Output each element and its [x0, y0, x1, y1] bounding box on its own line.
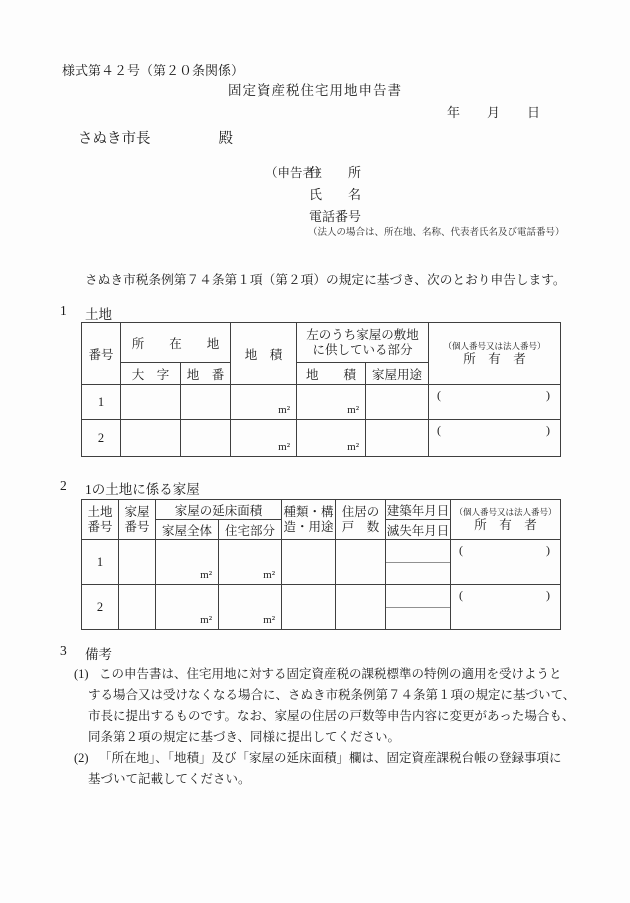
- owner-label: 所 有 者: [451, 518, 560, 533]
- land-row-2-area-cell: m²: [231, 420, 297, 457]
- building-row-1-units-cell: [336, 540, 386, 585]
- sqm-unit: m²: [200, 614, 212, 626]
- date-year-label: 年: [447, 102, 460, 121]
- document-page: 様式第４２号（第２０条関係） 固定資産税住宅用地申告書 年 月 日 さぬき市長殿…: [0, 0, 630, 903]
- land-row-2-owner-cell: ( ): [429, 420, 561, 457]
- section-building-number: 2: [60, 478, 85, 498]
- corporate-note: （法人の場合は、所在地、名称、代表者氏名及び電話番号）: [308, 224, 565, 238]
- remark-1-line-1: (1)この申告書は、住宅用地に対する固定資産税の課税標準の特例の適用を受けようと: [74, 664, 575, 685]
- land-no-line2: 番号: [87, 520, 112, 534]
- section-land-heading: 1土地: [60, 303, 112, 323]
- addressee-line: さぬき市長殿: [78, 127, 233, 148]
- sqm-unit: m²: [347, 441, 359, 453]
- paren-open: (: [437, 388, 441, 403]
- remark-1-line-4: 同条第２項の規定に基づき、同様に提出してください。: [74, 727, 575, 748]
- paren-open: (: [459, 543, 463, 558]
- page-title: 固定資産税住宅用地申告書: [0, 79, 630, 99]
- type-line1: 種類・構: [284, 505, 334, 519]
- remark-1-text: この申告書は、住宅用地に対する固定資産税の課税標準の特例の適用を受けようと: [99, 667, 562, 681]
- land-header-lot: 地 番: [181, 363, 231, 385]
- land-header-area: 地 積: [231, 323, 297, 385]
- sqm-unit: m²: [263, 569, 275, 581]
- land-no-line1: 土地: [87, 505, 112, 519]
- type-line2: 造・用途: [284, 520, 334, 534]
- land-header-owner: （個人番号又は法人番号） 所 有 者: [429, 323, 561, 385]
- building-header-owner: （個人番号又は法人番号） 所 有 者: [451, 500, 561, 540]
- remark-1-line-2: する場合又は受けなくなる場合に、さぬき市税条例第７４条第１項の規定に基づいて、: [74, 685, 575, 706]
- building-header-whole: 家屋全体: [156, 520, 219, 540]
- land-header-oaza: 大 字: [121, 363, 181, 385]
- building-row-2-building-no-cell: [119, 585, 156, 630]
- building-row-2-dates-cell: [386, 585, 451, 630]
- land-table: 番号 所 在 地 地 積 左のうち家屋の敷地 に供している部分 （個人番号又は法…: [81, 322, 561, 457]
- building-row-2-residential-cell: m²: [219, 585, 282, 630]
- owner-number-note: （個人番号又は法人番号）: [429, 341, 560, 352]
- remark-2-marker: (2): [74, 748, 93, 769]
- declaration-sentence: さぬき市税条例第７４条第１項（第２項）の規定に基づき、次のとおり申告します。: [85, 269, 566, 288]
- building-header-residential: 住宅部分: [219, 520, 282, 540]
- land-row-1-lot-cell: [181, 385, 231, 420]
- section-building-heading: 21の土地に係る家屋: [60, 478, 200, 498]
- housing-portion-line1: 左のうち家屋の敷地: [306, 328, 419, 342]
- form-number: 様式第４２号（第２０条関係）: [62, 60, 244, 79]
- section-remarks-label: 備考: [85, 643, 112, 663]
- building-row-1-building-no-cell: [119, 540, 156, 585]
- land-row-2: 2 m² m² ( ): [82, 420, 561, 457]
- building-header-land-no: 土地 番号: [82, 500, 119, 540]
- building-row-2-owner-cell: ( ): [451, 585, 561, 630]
- land-header-portion-area: 地 積: [297, 363, 366, 385]
- building-header-floor-area: 家屋の延床面積: [156, 500, 282, 520]
- date-month-label: 月: [487, 102, 500, 121]
- land-row-1-use-cell: [366, 385, 429, 420]
- building-row-2-whole-cell: m²: [156, 585, 219, 630]
- land-row-2-use-cell: [366, 420, 429, 457]
- land-row-2-number: 2: [82, 420, 121, 457]
- section-remarks-heading: 3備考: [60, 643, 112, 663]
- building-row-1: 1 m² m² ( ): [82, 540, 561, 585]
- building-row-2-number: 2: [82, 585, 119, 630]
- land-row-1-portion-area-cell: m²: [297, 385, 366, 420]
- date-day-label: 日: [527, 102, 540, 121]
- remark-1-line-3: 市長に提出するものです。なお、家屋の住居の戸数等申告内容に変更があった場合も、: [74, 706, 575, 727]
- building-header-demolish-date: 滅失年月日: [386, 520, 451, 540]
- section-building-label: 1の土地に係る家屋: [85, 478, 200, 498]
- remark-2-line-1: (2)「所在地」、「地積」及び「家屋の延床面積」欄は、固定資産課税台帳の登録事項…: [74, 748, 575, 769]
- sqm-unit: m²: [278, 441, 290, 453]
- addressee-name: さぬき市長: [78, 131, 151, 147]
- building-row-1-residential-cell: m²: [219, 540, 282, 585]
- paren-close: ): [546, 543, 550, 558]
- remark-2-line-2: 基づいて記載してください。: [74, 769, 575, 790]
- land-row-1-owner-cell: ( ): [429, 385, 561, 420]
- building-header-units: 住居の 戸 数: [336, 500, 386, 540]
- honorific: 殿: [219, 131, 234, 147]
- section-land-number: 1: [60, 303, 85, 323]
- paren-close: ): [546, 588, 550, 603]
- section-land-label: 土地: [85, 303, 112, 323]
- land-row-1-area-cell: m²: [231, 385, 297, 420]
- building-header-type: 種類・構 造・用途: [282, 500, 336, 540]
- declarant-block: （申告者）住 所 氏 名 電話番号: [265, 162, 361, 228]
- sqm-unit: m²: [263, 614, 275, 626]
- sqm-unit: m²: [278, 404, 290, 416]
- building-header-building-no: 家屋 番号: [119, 500, 156, 540]
- building-row-1-number: 1: [82, 540, 119, 585]
- date-divider: [386, 540, 450, 563]
- paren-close: ): [546, 423, 550, 438]
- owner-number-note: （個人番号又は法人番号）: [451, 507, 560, 518]
- units-line1: 住居の: [342, 505, 380, 519]
- building-row-2-type-cell: [282, 585, 336, 630]
- sqm-unit: m²: [200, 569, 212, 581]
- paren-open: (: [437, 423, 441, 438]
- building-row-1-dates-cell: [386, 540, 451, 585]
- housing-portion-line2: に供している部分: [313, 343, 413, 357]
- section-remarks-number: 3: [60, 643, 85, 663]
- land-row-1-number: 1: [82, 385, 121, 420]
- sqm-unit: m²: [347, 404, 359, 416]
- owner-label: 所 有 者: [429, 352, 560, 367]
- declarant-label: （申告者）: [265, 162, 309, 184]
- land-header-number: 番号: [82, 323, 121, 385]
- land-row-1: 1 m² m² ( ): [82, 385, 561, 420]
- land-header-housing-portion: 左のうち家屋の敷地 に供している部分: [297, 323, 429, 363]
- building-row-2-units-cell: [336, 585, 386, 630]
- address-label: 住 所: [309, 165, 361, 180]
- date-divider: [386, 585, 450, 608]
- paren-open: (: [459, 588, 463, 603]
- building-row-1-whole-cell: m²: [156, 540, 219, 585]
- land-row-2-oaza-cell: [121, 420, 181, 457]
- land-row-2-portion-area-cell: m²: [297, 420, 366, 457]
- building-header-build-date: 建築年月日: [386, 500, 451, 520]
- land-header-building-use: 家屋用途: [366, 363, 429, 385]
- building-row-1-type-cell: [282, 540, 336, 585]
- name-label: 氏 名: [265, 184, 361, 206]
- building-no-line2: 番号: [124, 520, 149, 534]
- building-table: 土地 番号 家屋 番号 家屋の延床面積 種類・構 造・用途 住居の 戸 数 建築…: [81, 499, 561, 630]
- units-line2: 戸 数: [342, 520, 380, 534]
- building-row-2: 2 m² m² ( ): [82, 585, 561, 630]
- land-row-2-lot-cell: [181, 420, 231, 457]
- land-row-1-oaza-cell: [121, 385, 181, 420]
- land-header-location: 所 在 地: [121, 323, 231, 363]
- date-line: 年 月 日: [447, 102, 540, 121]
- remark-2-text: 「所在地」、「地積」及び「家屋の延床面積」欄は、固定資産課税台帳の登録事項に: [99, 751, 562, 765]
- building-row-1-owner-cell: ( ): [451, 540, 561, 585]
- remark-1-marker: (1): [74, 664, 93, 685]
- remarks-block: (1)この申告書は、住宅用地に対する固定資産税の課税標準の特例の適用を受けようと…: [74, 664, 575, 790]
- paren-close: ): [546, 388, 550, 403]
- building-no-line1: 家屋: [124, 505, 149, 519]
